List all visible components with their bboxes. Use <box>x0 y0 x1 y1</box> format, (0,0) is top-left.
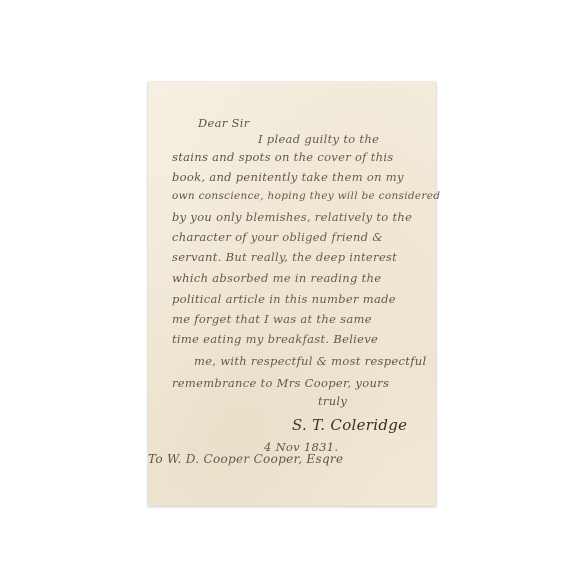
body-line: by you only blemishes, relatively to the <box>172 210 412 224</box>
letter-paper: Dear Sir I plead guilty to the stains an… <box>148 82 436 506</box>
body-line: time eating my breakfast. Believe <box>172 332 378 346</box>
body-line: me forget that I was at the same <box>172 312 372 326</box>
body-line: I plead guilty to the <box>258 132 379 146</box>
body-line: stains and spots on the cover of this <box>172 150 394 164</box>
body-line: own conscience, hoping they will be cons… <box>172 190 440 202</box>
signature: S. T. Coleridge <box>292 416 407 434</box>
closing: truly <box>318 394 347 408</box>
body-line: political article in this number made <box>172 292 396 306</box>
body-line: character of your obliged friend & <box>172 230 383 244</box>
body-line: me, with respectful & most respectful <box>194 354 426 368</box>
addressee: To W. D. Cooper Cooper, Esqre <box>148 452 343 466</box>
body-line: servant. But really, the deep interest <box>172 250 397 264</box>
salutation: Dear Sir <box>198 116 250 130</box>
body-line: book, and penitently take them on my <box>172 170 404 184</box>
body-line: remembrance to Mrs Cooper, yours <box>172 376 389 390</box>
body-line: which absorbed me in reading the <box>172 271 381 285</box>
